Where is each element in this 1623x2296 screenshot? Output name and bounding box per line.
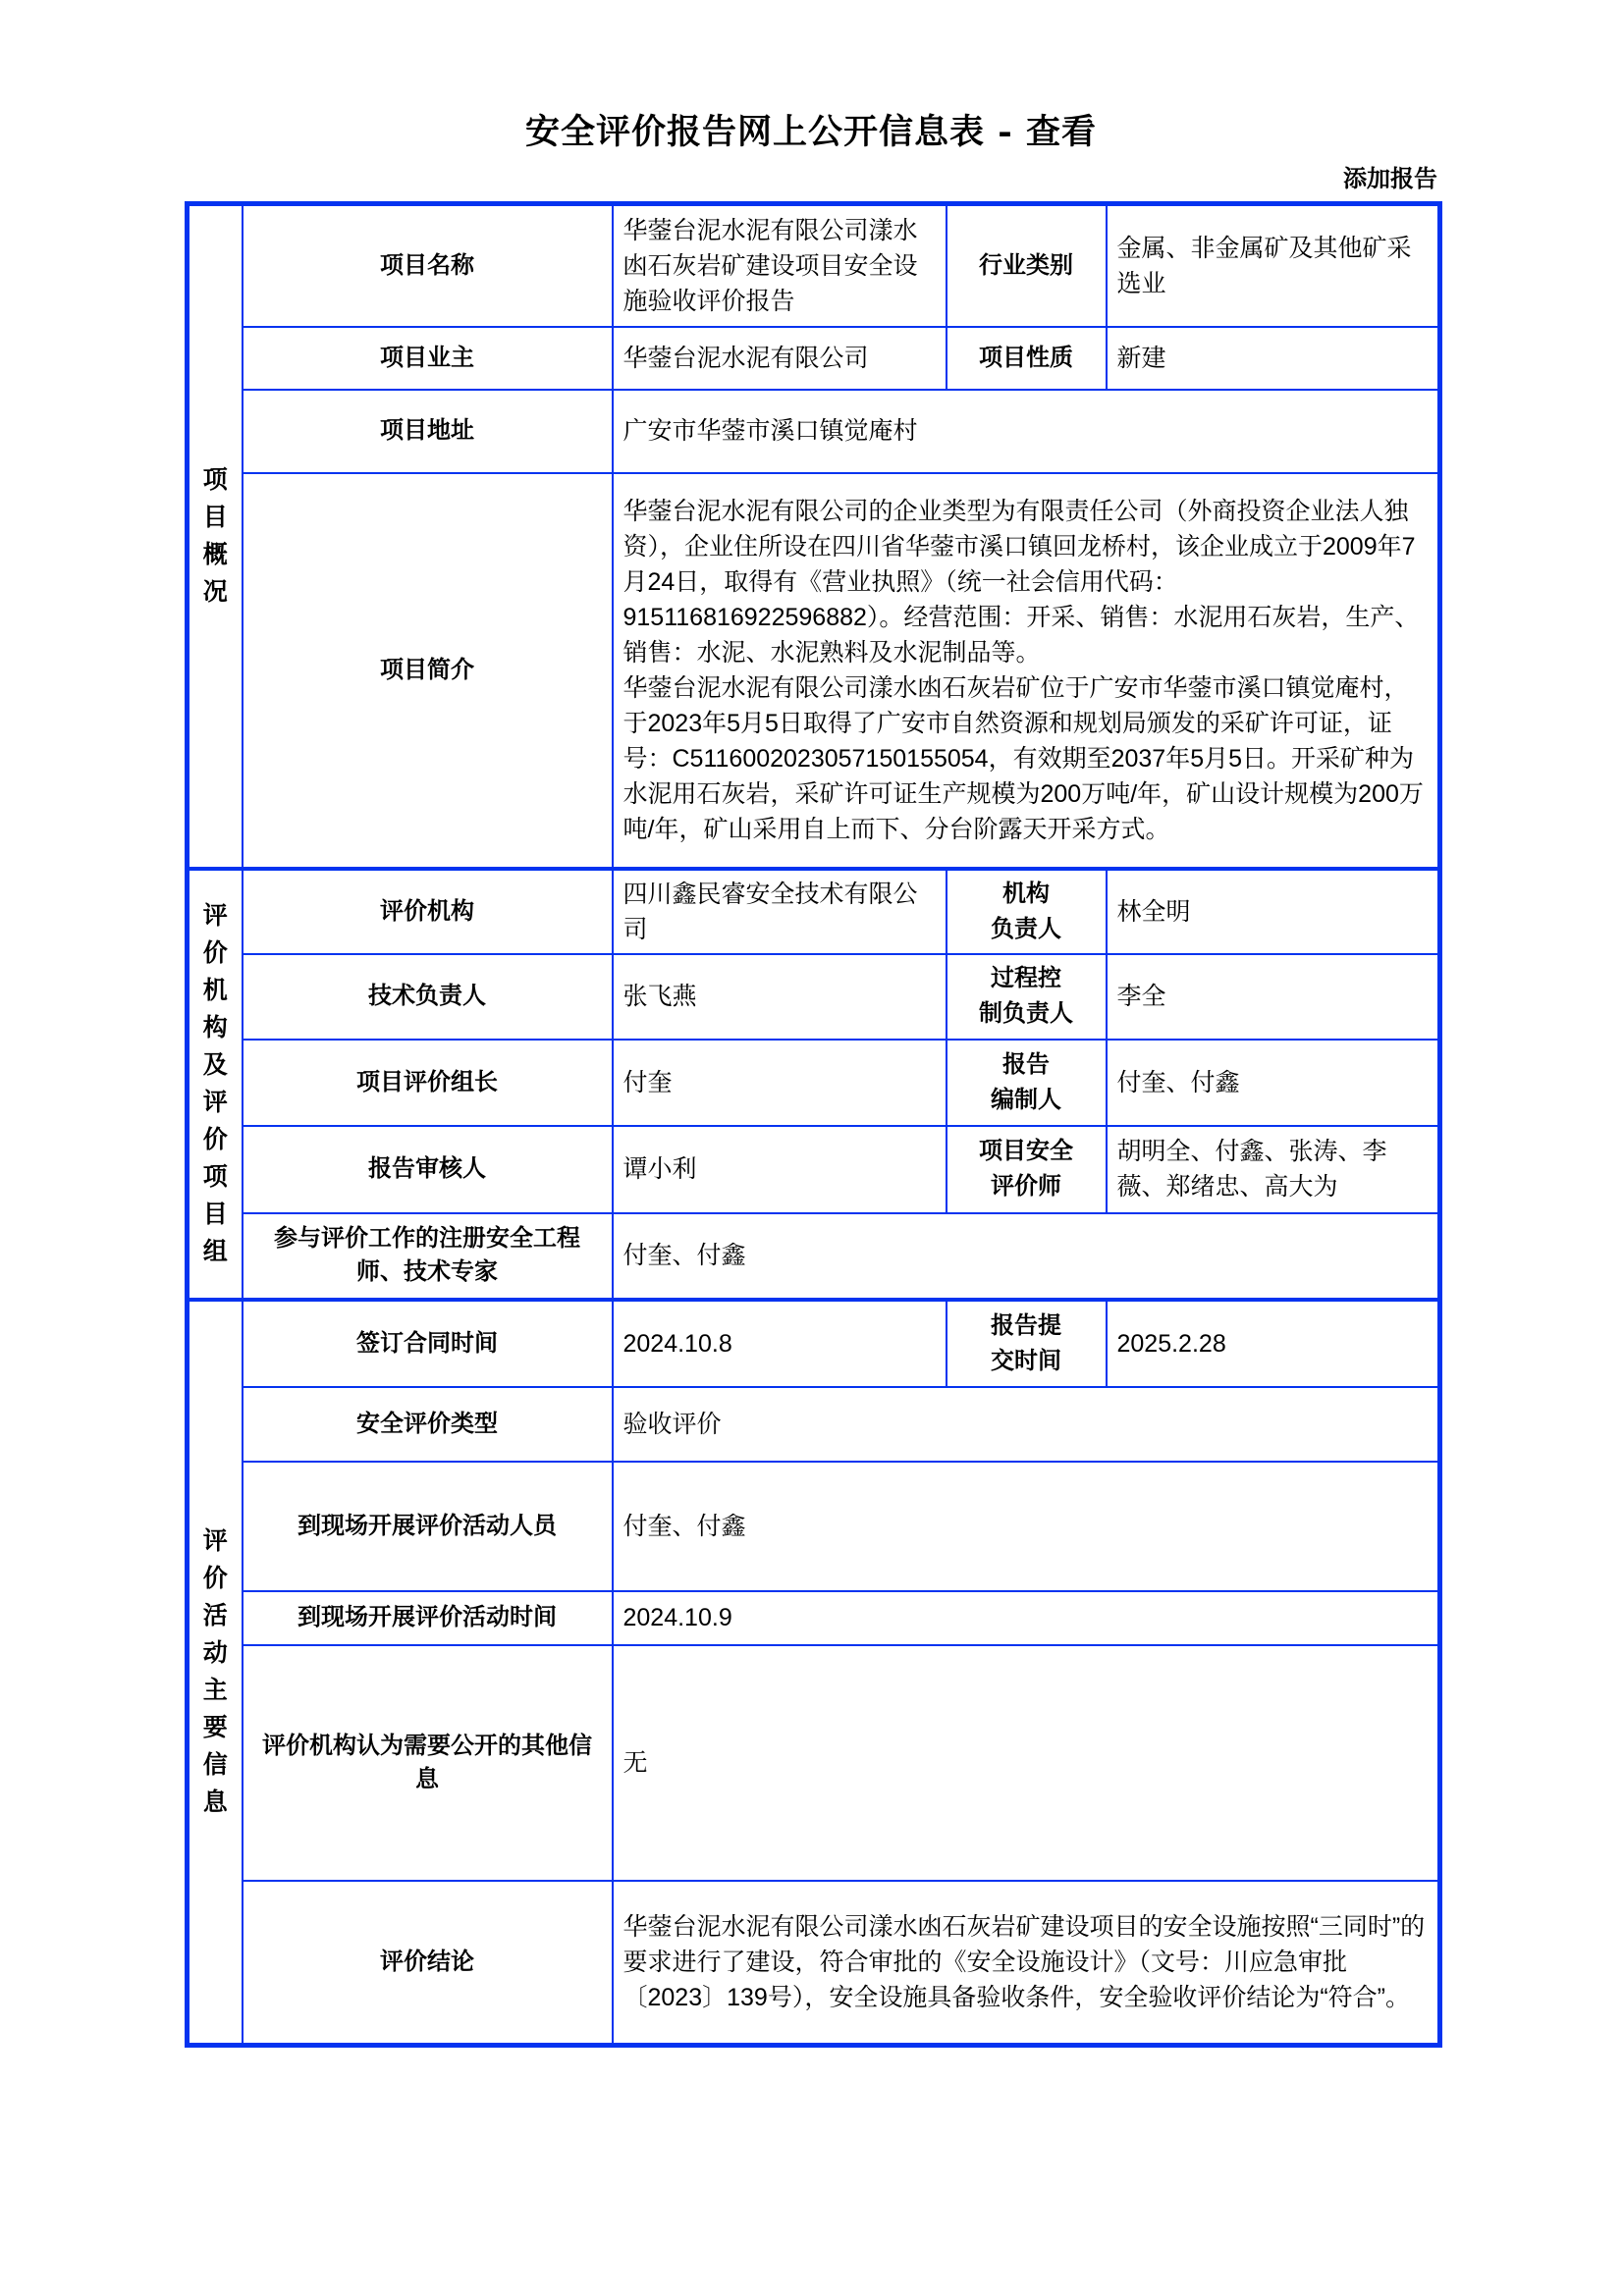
row-label: 评价机构 xyxy=(243,869,613,954)
table-row: 到现场开展评价活动时间 2024.10.9 xyxy=(188,1591,1440,1645)
row-label2: 机构 负责人 xyxy=(947,869,1107,954)
row-value: 广安市华蓥市溪口镇觉庵村 xyxy=(613,390,1440,473)
row-value: 华蓥台泥水泥有限公司漾水凼石灰岩矿建设项目安全设施验收评价报告 xyxy=(613,204,947,327)
table-row: 项目评价组长 付奎 报告 编制人 付奎、付鑫 xyxy=(188,1040,1440,1126)
row-label: 项目简介 xyxy=(243,473,613,869)
content-column: 安全评价报告网上公开信息表 - 查看 添加报告 项目概况 项目名称 华蓥台泥水泥… xyxy=(185,108,1437,2048)
row-label: 报告审核人 xyxy=(243,1126,613,1213)
row-value2: 金属、非金属矿及其他矿采选业 xyxy=(1107,204,1440,327)
table-row: 到现场开展评价活动人员 付奎、付鑫 xyxy=(188,1462,1440,1591)
row-value: 四川鑫民睿安全技术有限公司 xyxy=(613,869,947,954)
row-label: 到现场开展评价活动人员 xyxy=(243,1462,613,1591)
table-row: 项目简介 华蓥台泥水泥有限公司的企业类型为有限责任公司（外商投资企业法人独资），… xyxy=(188,473,1440,869)
table-row: 参与评价工作的注册安全工程师、技术专家 付奎、付鑫 xyxy=(188,1213,1440,1300)
table-row: 项目业主 华蓥台泥水泥有限公司 项目性质 新建 xyxy=(188,327,1440,390)
row-value2: 林全明 xyxy=(1107,869,1440,954)
row-label: 安全评价类型 xyxy=(243,1387,613,1462)
row-value: 谭小利 xyxy=(613,1126,947,1213)
row-label: 技术负责人 xyxy=(243,954,613,1040)
row-value2: 新建 xyxy=(1107,327,1440,390)
row-label2: 项目性质 xyxy=(947,327,1107,390)
row-value: 验收评价 xyxy=(613,1387,1440,1462)
table-row: 项目概况 项目名称 华蓥台泥水泥有限公司漾水凼石灰岩矿建设项目安全设施验收评价报… xyxy=(188,204,1440,327)
row-label: 参与评价工作的注册安全工程师、技术专家 xyxy=(243,1213,613,1300)
table-row: 评价机构及评价项目组 评价机构 四川鑫民睿安全技术有限公司 机构 负责人 林全明 xyxy=(188,869,1440,954)
section-side-cell: 评价活动主要信息 xyxy=(188,1300,243,2046)
row-label: 项目业主 xyxy=(243,327,613,390)
row-value: 无 xyxy=(613,1645,1440,1881)
table-row: 安全评价类型 验收评价 xyxy=(188,1387,1440,1462)
section-side-cell: 项目概况 xyxy=(188,204,243,869)
row-label2: 项目安全 评价师 xyxy=(947,1126,1107,1213)
add-report-button[interactable]: 添加报告 xyxy=(185,165,1437,194)
report-table: 项目概况 项目名称 华蓥台泥水泥有限公司漾水凼石灰岩矿建设项目安全设施验收评价报… xyxy=(185,201,1442,2048)
row-value2: 2025.2.28 xyxy=(1107,1300,1440,1387)
row-value: 华蓥台泥水泥有限公司的企业类型为有限责任公司（外商投资企业法人独资），企业住所设… xyxy=(613,473,1440,869)
row-label: 到现场开展评价活动时间 xyxy=(243,1591,613,1645)
row-label: 签订合同时间 xyxy=(243,1300,613,1387)
row-value2: 李全 xyxy=(1107,954,1440,1040)
table-row: 评价机构认为需要公开的其他信息 无 xyxy=(188,1645,1440,1881)
table-row: 报告审核人 谭小利 项目安全 评价师 胡明全、付鑫、张涛、李薇、郑绪忠、高大为 xyxy=(188,1126,1440,1213)
section-side-label: 项目概况 xyxy=(201,461,230,611)
row-value: 2024.10.8 xyxy=(613,1300,947,1387)
table-row: 评价活动主要信息 签订合同时间 2024.10.8 报告提 交时间 2025.2… xyxy=(188,1300,1440,1387)
row-label: 项目评价组长 xyxy=(243,1040,613,1126)
row-value: 张飞燕 xyxy=(613,954,947,1040)
row-label2: 报告提 交时间 xyxy=(947,1300,1107,1387)
section-side-label: 评价机构及评价项目组 xyxy=(201,897,230,1270)
row-label2: 过程控 制负责人 xyxy=(947,954,1107,1040)
row-label: 评价机构认为需要公开的其他信息 xyxy=(243,1645,613,1881)
row-value2: 付奎、付鑫 xyxy=(1107,1040,1440,1126)
row-label: 评价结论 xyxy=(243,1881,613,2046)
section-side-label: 评价活动主要信息 xyxy=(201,1522,230,1821)
row-value: 付奎、付鑫 xyxy=(613,1213,1440,1300)
page-title: 安全评价报告网上公开信息表 - 查看 xyxy=(185,108,1437,157)
table-row: 评价结论 华蓥台泥水泥有限公司漾水凼石灰岩矿建设项目的安全设施按照“三同时”的要… xyxy=(188,1881,1440,2046)
page: 安全评价报告网上公开信息表 - 查看 添加报告 项目概况 项目名称 华蓥台泥水泥… xyxy=(0,0,1623,2296)
row-label: 项目名称 xyxy=(243,204,613,327)
row-label: 项目地址 xyxy=(243,390,613,473)
row-label2: 报告 编制人 xyxy=(947,1040,1107,1126)
row-value: 华蓥台泥水泥有限公司漾水凼石灰岩矿建设项目的安全设施按照“三同时”的要求进行了建… xyxy=(613,1881,1440,2046)
row-value: 付奎、付鑫 xyxy=(613,1462,1440,1591)
row-value: 2024.10.9 xyxy=(613,1591,1440,1645)
row-value2: 胡明全、付鑫、张涛、李薇、郑绪忠、高大为 xyxy=(1107,1126,1440,1213)
section-side-cell: 评价机构及评价项目组 xyxy=(188,869,243,1300)
row-value: 华蓥台泥水泥有限公司 xyxy=(613,327,947,390)
table-row: 技术负责人 张飞燕 过程控 制负责人 李全 xyxy=(188,954,1440,1040)
table-row: 项目地址 广安市华蓥市溪口镇觉庵村 xyxy=(188,390,1440,473)
row-label2: 行业类别 xyxy=(947,204,1107,327)
row-value: 付奎 xyxy=(613,1040,947,1126)
